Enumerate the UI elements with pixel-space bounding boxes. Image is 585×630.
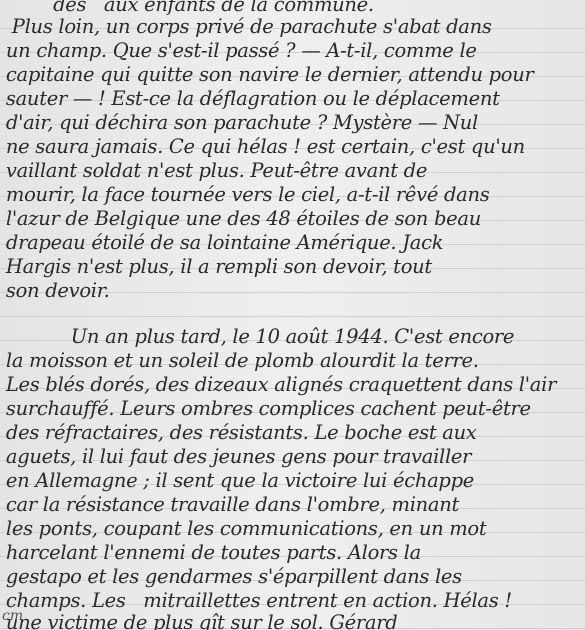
text-line: Les blés dorés, des dizeaux alignés craq… [0,372,556,398]
text-line: ne saura jamais. Ce qui hélas ! est cert… [0,134,525,160]
text-line: les ponts, coupant les communications, e… [0,516,486,542]
text-line: une victime de plus gît sur le sol. Géra… [0,610,397,630]
text-line: gestapo et les gendarmes s'éparpillent d… [0,564,462,590]
margin-note: cm [2,608,23,624]
text-line: harcelant l'ennemi de toutes parts. Alor… [0,540,421,566]
text-line: car la résistance travaille dans l'ombre… [0,492,459,518]
text-line: sauter — ! Est-ce la déflagration ou le … [0,86,500,112]
text-line: Un an plus tard, le 10 août 1944. C'est … [0,324,514,350]
text-line: Plus loin, un corps privé de parachute s… [0,14,492,40]
text-line: surchauffé. Leurs ombres complices cache… [0,396,531,422]
text-line: la moisson et un soleil de plomb alourdi… [0,348,479,374]
text-line: d'air, qui déchira son parachute ? Mystè… [0,110,478,136]
text-line: des réfractaires, des résistants. Le boc… [0,420,477,446]
text-line: son devoir. [0,278,110,304]
text-line: mourir, la face tournée vers le ciel, a-… [0,182,489,208]
text-line: vaillant soldat n'est plus. Peut-être av… [0,158,427,184]
text-line: en Allemagne ; il sent que la victoire l… [0,468,474,494]
text-line: aguets, il lui faut des jeunes gens pour… [0,444,471,470]
text-line: l'azur de Belgique une des 48 étoiles de… [0,206,481,232]
text-line: drapeau étoilé de sa lointaine Amérique.… [0,230,443,256]
text-line: Hargis n'est plus, il a rempli son devoi… [0,254,432,280]
text-line: un champ. Que s'est-il passé ? — A-t-il,… [0,38,477,64]
notebook-page: des aux enfants de la commune. Plus loin… [0,0,585,630]
text-line: capitaine qui quitte son navire le derni… [0,62,534,88]
